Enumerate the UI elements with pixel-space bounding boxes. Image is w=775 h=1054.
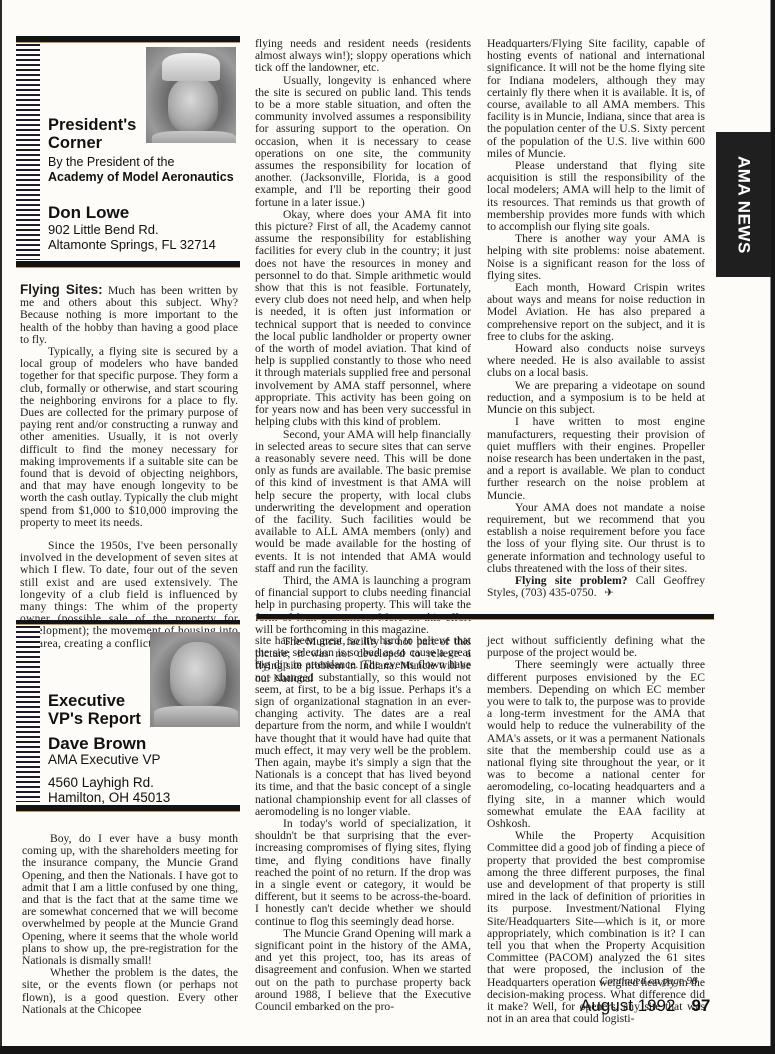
author-address-line2: Altamonte Springs, FL 32714 [48, 237, 216, 252]
airplane-icon: ✈ [605, 586, 614, 599]
executive-vp-column-2: site has been great, so it's hard to bel… [255, 635, 471, 1013]
paragraph: Whether the problem is the dates, the si… [22, 967, 238, 1016]
paragraph: There seemingly were actually three diff… [487, 659, 705, 830]
paragraph: Howard also conducts noise surveys where… [487, 343, 705, 380]
striped-accent [16, 626, 40, 802]
paragraph: Usually, longevity is enhanced where the… [255, 75, 471, 209]
author-name: Don Lowe [48, 204, 129, 222]
paragraph: Boy, do I ever have a busy month coming … [22, 833, 238, 967]
paragraph: Your AMA does not mandate a noise requir… [487, 502, 705, 575]
author-address-line1: 902 Little Bend Rd. [48, 222, 159, 237]
section-tab: AMA NEWS [716, 132, 771, 277]
presidents-corner-header: President's Corner By the President of t… [16, 36, 240, 270]
author-address-line2: Hamilton, OH 45013 [48, 790, 170, 805]
closing-bold: Flying site problem? [515, 574, 627, 587]
paragraph: Each month, Howard Crispin writes about … [487, 282, 705, 343]
column-title: Executive VP's Report [48, 692, 141, 728]
paragraph: Okay, where does your AMA fit into this … [255, 209, 471, 429]
column-subtitle-org: Academy of Model Aeronautics [48, 170, 234, 185]
presidents-corner-column-3: Headquarters/Flying Site facility, capab… [487, 38, 705, 599]
paragraph: Second, your AMA will help financially i… [255, 429, 471, 575]
executive-vp-header: Executive VP's Report Dave Brown AMA Exe… [16, 620, 240, 810]
continued-on-link[interactable]: Continued on page 98 [600, 975, 697, 987]
striped-accent [16, 44, 40, 260]
section-tab-label: AMA NEWS [734, 156, 754, 254]
closing-paragraph: Flying site problem? Call Geoffrey Style… [487, 575, 705, 599]
lead-heading: Flying Sites: [20, 282, 103, 297]
column-subtitle: By the President of the [48, 155, 174, 170]
author-name: Dave Brown [48, 735, 146, 753]
paragraph: Please understand that flying site acqui… [487, 160, 705, 233]
author-role: AMA Executive VP [48, 752, 161, 767]
paragraph: ject without sufficiently defining what … [487, 635, 705, 659]
presidents-corner-column-2: flying needs and resident needs (residen… [255, 38, 471, 685]
paragraph: I have written to most engine manufactur… [487, 416, 705, 501]
paragraph: Headquarters/Flying Site facility, capab… [487, 38, 705, 160]
page-number: 97 [691, 996, 710, 1015]
paragraph: Typically, a flying site is secured by a… [20, 346, 238, 529]
executive-vp-column-1: Boy, do I ever have a busy month coming … [22, 833, 238, 1016]
scan-bottom-frame [0, 1046, 775, 1054]
presidents-corner-column-1: Flying Sites: Much has been written by m… [20, 284, 238, 650]
paragraph: site has been great, so it's hard to bel… [255, 635, 471, 818]
column-title: President's Corner [48, 116, 136, 152]
executive-vp-column-3: ject without sufficiently defining what … [487, 635, 705, 1026]
header-bottom-rule [16, 261, 240, 268]
paragraph: In today's world of specialization, it s… [255, 818, 471, 928]
paragraph: The Muncie Grand Opening will mark a sig… [255, 928, 471, 1013]
author-address-line1: 4560 Layhigh Rd. [48, 775, 154, 790]
header-top-rule [16, 620, 240, 625]
author-photo-don-lowe [146, 47, 236, 143]
header-bottom-rule [16, 805, 240, 812]
issue-date: August 1992 [580, 996, 675, 1015]
paragraph: There is another way your AMA is helping… [487, 233, 705, 282]
page-footer: August 199297 [580, 996, 710, 1016]
paragraph: We are preparing a videotape on sound re… [487, 380, 705, 417]
section-divider-rule [257, 614, 714, 620]
author-photo-dave-brown [150, 632, 240, 727]
paragraph: flying needs and resident needs (residen… [255, 38, 471, 75]
header-top-rule [16, 36, 240, 43]
paragraph: Third, the AMA is launching a program of… [255, 575, 471, 636]
